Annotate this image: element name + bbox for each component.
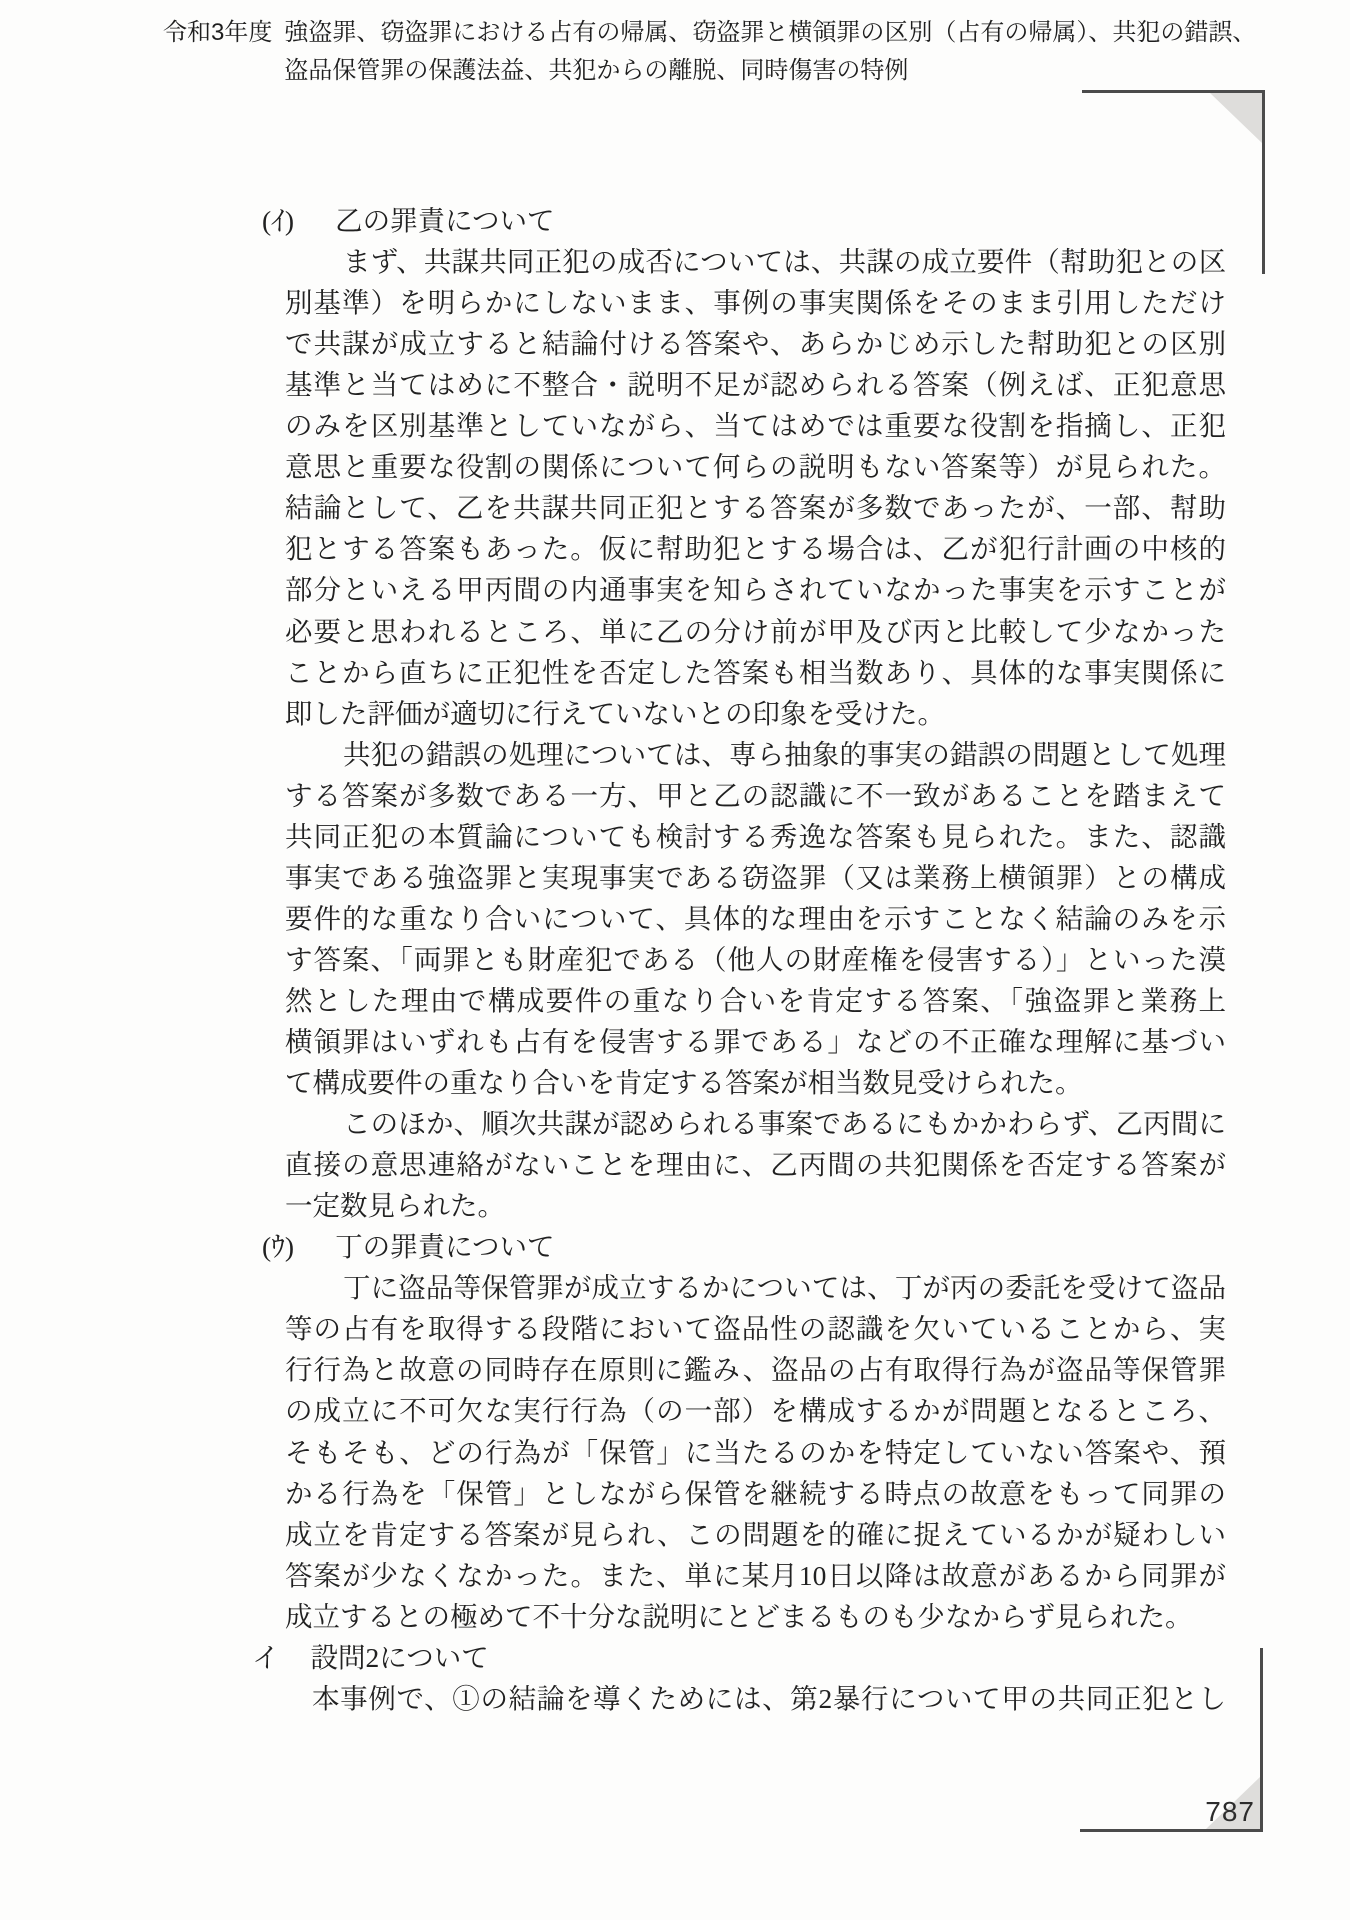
text-line: 一定数見られた。: [285, 1189, 505, 1222]
text-line: 直接の意思連絡がないことを理由に、乙丙間の共犯関係を否定する答案が: [285, 1148, 1226, 1181]
text-line: 行行為と故意の同時存在原則に鑑み、盗品の占有取得行為が盗品等保管罪: [285, 1353, 1226, 1386]
outline-label: イ: [252, 1642, 280, 1673]
document-page: 令和3年度 強盗罪、窃盗罪における占有の帰属、窃盗罪と横領罪の区別（占有の帰属）…: [0, 0, 1350, 1920]
text-line: て構成要件の重なり合いを肯定する答案が相当数見受けられた。: [285, 1066, 1083, 1099]
heading-line: (ｲ)乙の罪責について: [262, 204, 555, 237]
text-line: 共犯の錯誤の処理については、専ら抽象的事実の錯誤の問題として処理: [285, 738, 1226, 771]
heading-line: (ｳ)丁の罪責について: [262, 1230, 555, 1263]
text-line: 意思と重要な役割の関係について何らの説明もない答案等）が見られた。: [285, 450, 1226, 483]
text-line: のみを区別基準としていながら、当てはめでは重要な役割を指摘し、正犯: [285, 409, 1226, 442]
text-line: で共謀が成立すると結論付ける答案や、あらかじめ示した幇助犯との区別: [285, 327, 1226, 360]
text-line: 事実である強盗罪と実現事実である窃盗罪（又は業務上横領罪）との構成: [285, 861, 1226, 894]
text-line: このほか、順次共謀が認められる事案であるにもかかわらず、乙丙間に: [285, 1107, 1226, 1140]
corner-bracket-bottom-right: 787: [1080, 1648, 1263, 1832]
outline-label: (ｳ): [262, 1231, 294, 1262]
text-line: ことから直ちに正犯性を否定した答案も相当数あり、具体的な事実関係に: [285, 656, 1226, 689]
text-line: 然とした理由で構成要件の重なり合いを肯定する答案、「強盗罪と業務上: [285, 984, 1226, 1017]
text-line: そもそも、どの行為が「保管」に当たるのかを特定していない答案や、預: [285, 1436, 1226, 1469]
text-line: の成立に不可欠な実行行為（の一部）を構成するかが問題となるところ、: [285, 1394, 1226, 1427]
text-line: 犯とする答案もあった。仮に幇助犯とする場合は、乙が犯行計画の中核的: [285, 532, 1226, 565]
text-line: 共同正犯の本質論についても検討する秀逸な答案も見られた。また、認識: [285, 820, 1226, 853]
text-line: 基準と当てはめに不整合・説明不足が認められる答案（例えば、正犯意思: [285, 368, 1226, 401]
text-line: 要件的な重なり合いについて、具体的な理由を示すことなく結論のみを示: [285, 902, 1226, 935]
text-line: 答案が少なくなかった。また、単に某月10日以降は故意があるから同罪が: [285, 1559, 1226, 1592]
text-line: する答案が多数である一方、甲と乙の認識に不一致があることを踏まえて: [285, 779, 1226, 812]
heading-text: 乙の罪責について: [335, 205, 554, 236]
page-number: 787: [1205, 1796, 1255, 1828]
text-line: かる行為を「保管」としながら保管を継続する時点の故意をもって同罪の: [285, 1477, 1226, 1510]
document-body: (ｲ)乙の罪責についてまず、共謀共同正犯の成否については、共謀の成立要件（幇助犯…: [0, 0, 1350, 1920]
text-line: まず、共謀共同正犯の成否については、共謀の成立要件（幇助犯との区: [285, 245, 1226, 278]
text-line: 部分といえる甲丙間の内通事実を知らされていなかった事実を示すことが: [285, 573, 1226, 606]
text-line: 成立するとの極めて不十分な説明にとどまるものも少なからず見られた。: [285, 1600, 1193, 1633]
text-line: 丁に盗品等保管罪が成立するかについては、丁が丙の委託を受けて盗品: [285, 1271, 1226, 1304]
text-line: 別基準）を明らかにしないまま、事例の事実関係をそのまま引用しただけ: [285, 286, 1226, 319]
heading-text: 丁の罪責について: [335, 1231, 554, 1262]
text-line: 必要と思われるところ、単に乙の分け前が甲及び丙と比較して少なかった: [285, 615, 1226, 648]
heading-text: 設問2について: [311, 1642, 489, 1673]
heading-line: イ設問2について: [252, 1641, 489, 1674]
text-line: す答案、「両罪とも財産犯である（他人の財産権を侵害する）」といった漠: [285, 943, 1226, 976]
text-line: 横領罪はいずれも占有を侵害する罪である」などの不正確な理解に基づい: [285, 1025, 1226, 1058]
text-line: 結論として、乙を共謀共同正犯とする答案が多数であったが、一部、幇助: [285, 491, 1226, 524]
text-line: 等の占有を取得する段階において盗品性の認識を欠いていることから、実: [285, 1312, 1226, 1345]
outline-label: (ｲ): [262, 205, 294, 236]
text-line: 即した評価が適切に行えていないとの印象を受けた。: [285, 697, 945, 730]
text-line: 成立を肯定する答案が見られ、この問題を的確に捉えているかが疑わしい: [285, 1518, 1226, 1551]
